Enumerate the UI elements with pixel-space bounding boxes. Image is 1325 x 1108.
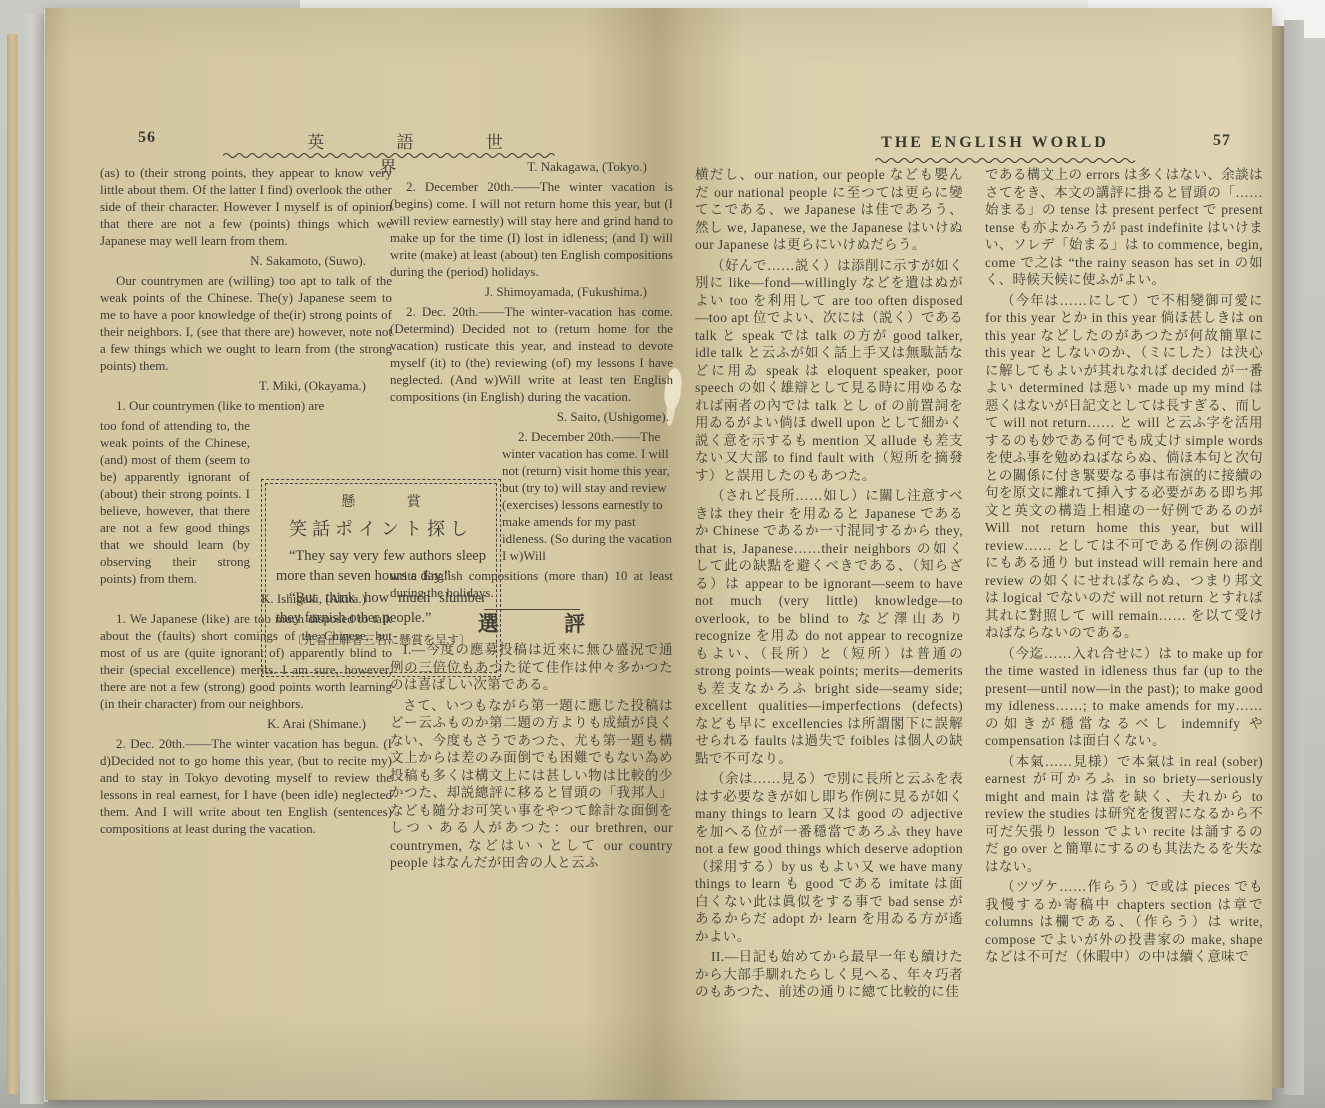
paragraph: 2. December 20th.——The winter vacation h… <box>502 428 673 564</box>
scanned-book-photo: { "colors": { "paper_left": "#d7cba6", "… <box>0 0 1325 1108</box>
commentary-paragraph: （好んで……説く）は添削に示すが如く別に like—fond—willingly… <box>695 257 963 485</box>
contributor-signature: K. Arai (Shimane.) <box>100 715 392 732</box>
paragraph: (as) to (their strong points, they appea… <box>100 164 392 249</box>
right-page-column-2: である構文上の errors は多くはない、余談はさてをき、本文の講評に掛ると冒… <box>985 166 1263 969</box>
right-page-column-1: 横だし、our nation, our people なども嬰んだ our na… <box>695 166 963 1004</box>
commentary-paragraph: さて、いつもながら第一題に應じた投稿はどー云ふものか第二題の方よりも成績が良くな… <box>390 697 673 872</box>
paragraph: 2. Dec. 20th.——The winter vacation has b… <box>100 735 392 837</box>
prize-box-inner-border: 懸 賞 笑話ポイント探し “They say very few authors … <box>265 483 497 673</box>
book-cover-edge-right <box>1284 20 1304 1095</box>
page-edges-right <box>1272 26 1284 1088</box>
paragraph: 2. December 20th.——The winter vacation i… <box>390 178 673 280</box>
commentary-paragraph: （今年は……にして）で不相變御可愛に for this year とか in t… <box>985 292 1263 642</box>
paragraph-wrapped-around-box: too fond of attending to, the weak point… <box>100 417 250 587</box>
commentary-paragraph: （ツヅケ……作らう）で或は pieces でも我慢するか寄稿中 chapters… <box>985 878 1263 966</box>
contributor-signature: J. Shimoyamada, (Fukushima.) <box>390 283 673 300</box>
commentary-paragraph: （余は……見る）で別に長所と云ふを表はす必要なきが如し即ち作例に見るが如く ma… <box>695 770 963 945</box>
commentary-paragraph: （今迄……入れ合せに）は to make up for the time was… <box>985 645 1263 750</box>
column-wrapped-around-box: S. Saito, (Ushigome). 2. December 20th.—… <box>502 408 673 564</box>
prize-quote: “But think how much slumber they furnish… <box>276 588 486 628</box>
contributor-signature: N. Sakamoto, (Suwo). <box>100 252 392 269</box>
commentary-paragraph: （されど長所……如し）に關し注意すべきは they their を用ゐると Ja… <box>695 487 963 767</box>
wavy-rule-right <box>875 156 1137 165</box>
prize-box-footnote: 〔先着正解者三名に懸賞を呈す〕 <box>276 631 486 648</box>
prize-box: 懸 賞 笑話ポイント探し “They say very few authors … <box>261 479 501 677</box>
commentary-paragraph: である構文上の errors は多くはない、余談はさてをき、本文の講評に掛ると冒… <box>985 166 1263 289</box>
book-cover-edge-left <box>20 14 44 1104</box>
paragraph: 2. Dec. 20th.——The winter-vacation has c… <box>390 303 673 405</box>
contributor-signature: T. Miki, (Okayama.) <box>100 377 392 394</box>
commentary-paragraph: II.—日記も始めてから最早一年も續けたから大部手馴れたらしく見へる、年々巧者の… <box>695 948 963 1001</box>
commentary-paragraph: （本氣……見様）で本氣は in real (sober) earnest が可か… <box>985 753 1263 876</box>
paragraph: Our countrymen are (willing) too apt to … <box>100 272 392 374</box>
prize-box-subtitle: 笑話ポイント探し <box>276 515 486 541</box>
contributor-signature: T. Nakagawa, (Tokyo.) <box>390 158 673 175</box>
contributor-signature: S. Saito, (Ushigome). <box>502 408 673 425</box>
page-number-left: 56 <box>138 129 156 147</box>
page-edges-left <box>7 34 18 1094</box>
commentary-paragraph: 横だし、our nation, our people なども嬰んだ our na… <box>695 166 963 254</box>
paragraph: 1. Our countrymen (like to mention) are <box>100 397 392 414</box>
prize-quote: “They say very few authors sleep more th… <box>276 546 486 586</box>
right-running-head: THE ENGLISH WORLD <box>845 134 1145 152</box>
open-book-spread: 56 英 語 世 界 (as) to (their strong points,… <box>45 8 1272 1100</box>
prize-box-title: 懸 賞 <box>276 491 486 511</box>
page-number-right: 57 <box>1213 132 1231 150</box>
